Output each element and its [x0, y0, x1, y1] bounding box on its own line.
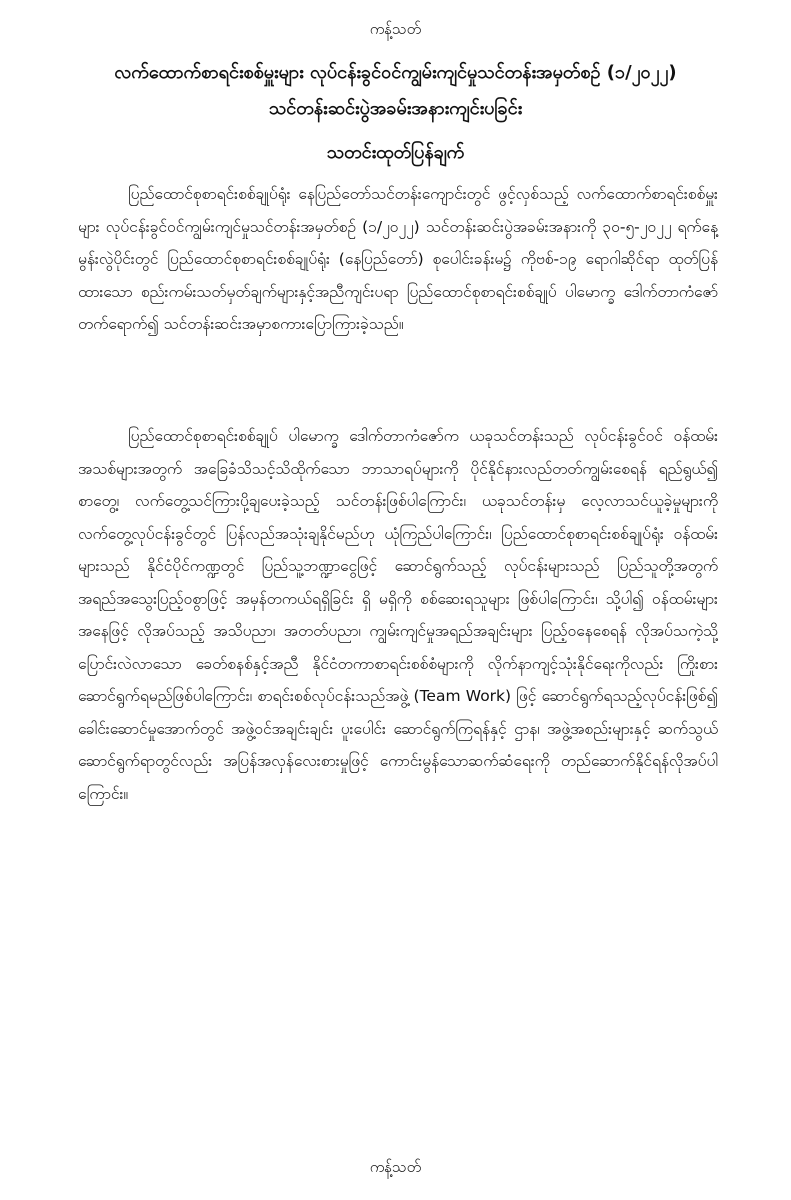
document-page: ကန့်သတ် လက်ထောက်စာရင်းစစ်မှူးများ လုပ်ငန…: [0, 0, 791, 1200]
body-paragraph-2-container: ပြည်ထောင်စုစာရင်းစစ်ချုပ် ပါမောက္ခ ဒေါက်…: [78, 420, 718, 832]
classification-header: ကန့်သတ်: [0, 20, 791, 42]
document-subtitle: သင်တန်းဆင်းပွဲအခမ်းအနားကျင်းပခြင်း: [0, 96, 791, 123]
body-paragraph-1-container: ပြည်ထောင်စုစာရင်းစစ်ချုပ်ရုံး နေပြည်တော်…: [78, 178, 718, 363]
document-title: လက်ထောက်စာရင်းစစ်မှူးများ လုပ်ငန်းခွင်ဝင…: [0, 60, 791, 87]
classification-footer: ကန့်သတ်: [0, 1158, 791, 1180]
body-paragraph: ပြည်ထောင်စုစာရင်းစစ်ချုပ် ပါမောက္ခ ဒေါက်…: [78, 420, 718, 810]
body-paragraph: ပြည်ထောင်စုစာရင်းစစ်ချုပ်ရုံး နေပြည်တော်…: [78, 178, 718, 341]
press-release-heading: သတင်းထုတ်ပြန်ချက်: [0, 140, 791, 167]
